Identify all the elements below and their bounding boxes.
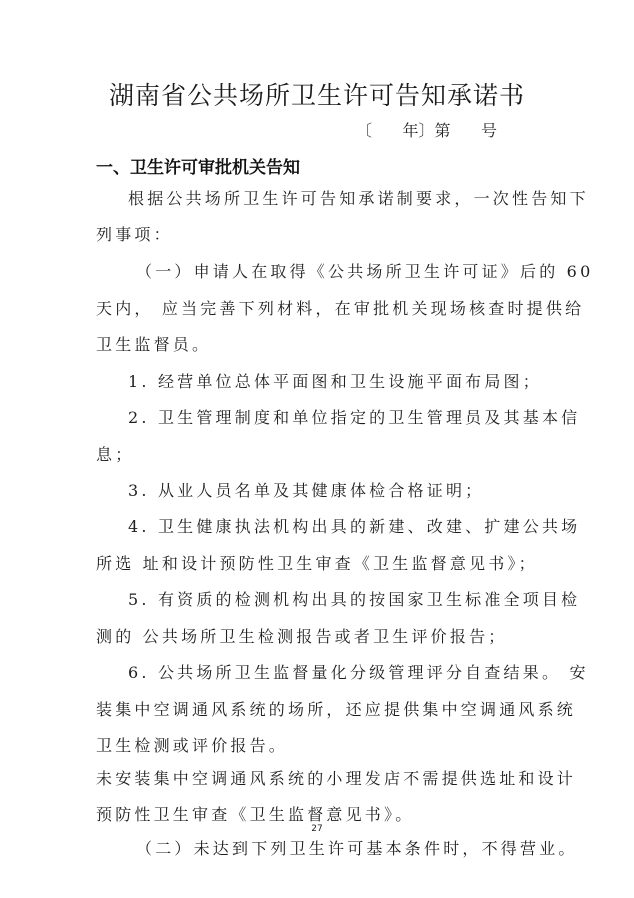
paragraph-line: 未安装集中空调通风系统的小理发店不需提供选址和设计 xyxy=(96,766,576,789)
document-title: 湖南省公共场所卫生许可告知承诺书 xyxy=(0,76,634,112)
document-number-field: 〔 年〕第 号 xyxy=(356,118,497,141)
list-item-continuation: 卫生检测或评价报告。 xyxy=(96,733,288,756)
list-item: 5. 有资质的检测机构出具的按国家卫生标准全项目检 xyxy=(128,587,580,610)
page-number: 27 xyxy=(0,824,634,834)
list-item: 2. 卫生管理制度和单位指定的卫生管理员及其基本信 xyxy=(128,405,580,428)
list-item-continuation: 装集中空调通风系统的场所，还应提供集中空调通风系统 xyxy=(96,697,576,720)
list-item: 6. 公共场所卫生监督量化分级管理评分自查结果。 安 xyxy=(128,660,589,683)
paragraph-line: 列事项： xyxy=(96,222,173,245)
paragraph-line: 天内， 应当完善下列材料，在审批机关现场核查时提供给 xyxy=(96,296,584,319)
list-item: 1. 经营单位总体平面图和卫生设施平面布局图； xyxy=(128,369,542,392)
paragraph-line: 根据公共场所卫生许可告知承诺制要求，一次性告知下 xyxy=(128,186,589,209)
paragraph-line: （一）申请人在取得《公共场所卫生许可证》后的 60 xyxy=(136,259,593,282)
list-item-continuation: 测的 公共场所卫生检测报告或者卫生评价报告； xyxy=(96,624,508,647)
paragraph-line: （二）未达到下列卫生许可基本条件时，不得营业。 xyxy=(136,836,578,859)
list-item: 4. 卫生健康执法机构出具的新建、改建、扩建公共场 xyxy=(128,514,580,537)
paragraph-line: 预防性卫生审查《卫生监督意见书》。 xyxy=(96,802,414,825)
list-item-continuation: 所选 址和设计预防性卫生审查《卫生监督意见书》； xyxy=(96,551,538,574)
section-heading: 一、卫生许可审批机关告知 xyxy=(96,153,300,178)
paragraph-line: 卫生监督员。 xyxy=(96,332,211,355)
document-page: 湖南省公共场所卫生许可告知承诺书 〔 年〕第 号 一、卫生许可审批机关告知 根据… xyxy=(0,0,634,898)
list-item: 3. 从业人员名单及其健康体检合格证明； xyxy=(128,478,484,501)
list-item-continuation: 息； xyxy=(96,442,134,465)
